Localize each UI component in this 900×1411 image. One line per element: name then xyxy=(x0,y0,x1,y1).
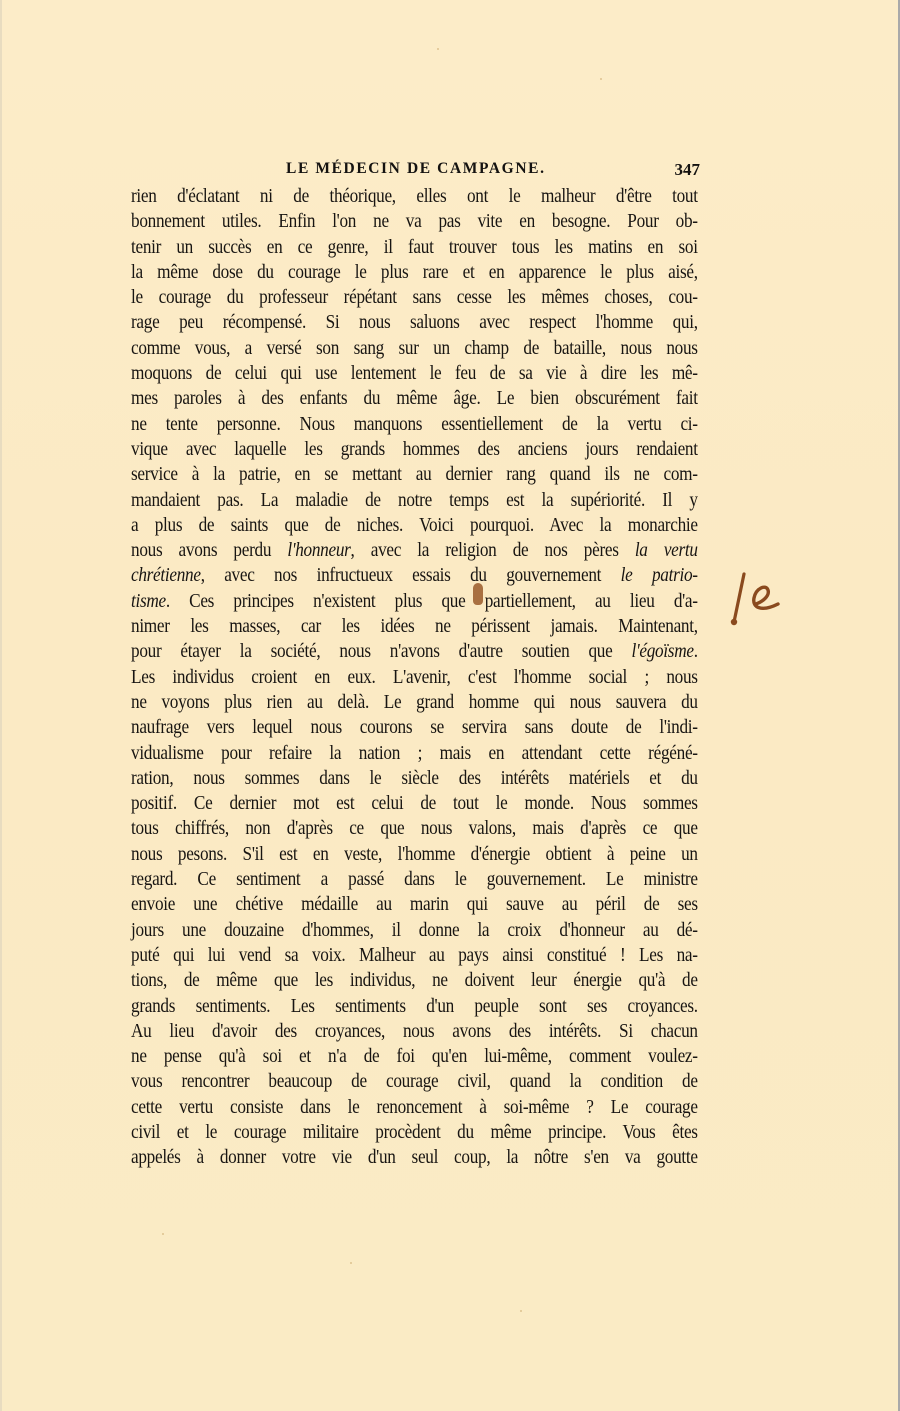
text-line: Au lieu d'avoir des croyances, nous avon… xyxy=(131,1019,698,1044)
text-line: nous pesons. S'il est en veste, l'homme … xyxy=(131,842,698,867)
running-title: LE MÉDECIN DE CAMPAGNE. xyxy=(286,160,546,179)
text-line: nimer les masses, car les idées ne péris… xyxy=(131,614,698,639)
text-line: tous chiffrés, non d'après ce que nous v… xyxy=(131,816,698,841)
paper-speck xyxy=(600,78,602,80)
paper-speck xyxy=(162,1233,164,1235)
text-line: comme vous, a versé son sang sur un cham… xyxy=(131,336,698,361)
text-line: tisme. Ces principes n'existent plus que… xyxy=(131,589,698,614)
text-line: ne tente personne. Nous manquons essenti… xyxy=(131,412,698,437)
text-line: ne voyons plus rien au delà. Le grand ho… xyxy=(131,690,698,715)
italic-term: chrétienne xyxy=(131,565,201,586)
paper-speck xyxy=(520,1310,522,1312)
text-line: appelés à donner votre vie d'un seul cou… xyxy=(131,1145,698,1170)
text-line: mandaient pas. La maladie de notre temps… xyxy=(131,488,698,513)
italic-term: le patrio- xyxy=(621,565,698,586)
text-line: vique avec laquelle les grands hommes de… xyxy=(131,437,698,462)
text-line: rien d'éclatant ni de théorique, elles o… xyxy=(131,184,698,209)
text-line: regard. Ce sentiment a passé dans le gou… xyxy=(131,867,698,892)
handwritten-margin-note xyxy=(722,560,792,630)
body-text: rien d'éclatant ni de théorique, elles o… xyxy=(131,184,698,1171)
text-line: bonnement utiles. Enfin l'on ne va pas v… xyxy=(131,209,698,234)
text-line: naufrage vers lequel nous courons se ser… xyxy=(131,715,698,740)
text-line: cette vertu consiste dans le renoncement… xyxy=(131,1095,698,1120)
italic-term: tisme xyxy=(131,591,166,612)
paper-speck xyxy=(437,48,439,50)
running-header: LE MÉDECIN DE CAMPAGNE. 347 xyxy=(286,160,700,182)
handwritten-correction-icon xyxy=(722,560,792,630)
text-line: pour étayer la société, nous n'avons d'a… xyxy=(131,639,698,664)
text-line: chrétienne, avec nos infructueux essais … xyxy=(131,563,698,588)
text-line: ration, nous sommes dans le siècle des i… xyxy=(131,766,698,791)
text-line: puté qui lui vend sa voix. Malheur au pa… xyxy=(131,943,698,968)
text-line: civil et le courage militaire procèdent … xyxy=(131,1120,698,1145)
text-line: rage peu récompensé. Si nous saluons ave… xyxy=(131,310,698,335)
ink-correction-mark xyxy=(473,583,483,605)
text-line: vidualisme pour refaire la nation ; mais… xyxy=(131,741,698,766)
italic-term: l'honneur xyxy=(287,540,350,561)
italic-term: l'égoïsme xyxy=(631,641,693,662)
italic-term: la vertu xyxy=(635,540,698,561)
text-line: ne pense qu'à soi et n'a de foi qu'en lu… xyxy=(131,1044,698,1069)
page-number: 347 xyxy=(675,160,701,180)
text-line: mes paroles à des enfants du même âge. L… xyxy=(131,386,698,411)
paper-speck xyxy=(350,1262,352,1264)
text-line: grands sentiments. Les sentiments d'un p… xyxy=(131,994,698,1019)
text-line: Les individus croient en eux. L'avenir, … xyxy=(131,665,698,690)
text-line: tenir un succès en ce genre, il faut tro… xyxy=(131,235,698,260)
text-line: envoie une chétive médaille au marin qui… xyxy=(131,892,698,917)
scanned-page: LE MÉDECIN DE CAMPAGNE. 347 rien d'éclat… xyxy=(0,0,898,1411)
text-line: moquons de celui qui use lentement le fe… xyxy=(131,361,698,386)
text-line: positif. Ce dernier mot est celui de tou… xyxy=(131,791,698,816)
text-line: le courage du professeur répétant sans c… xyxy=(131,285,698,310)
text-line: a plus de saints que de niches. Voici po… xyxy=(131,513,698,538)
text-line: jours une douzaine d'hommes, il donne la… xyxy=(131,918,698,943)
text-line: vous rencontrer beaucoup de courage civi… xyxy=(131,1069,698,1094)
text-line: tions, de même que les individus, ne doi… xyxy=(131,968,698,993)
text-line: nous avons perdu l'honneur, avec la reli… xyxy=(131,538,698,563)
text-line: service à la patrie, en se mettant au de… xyxy=(131,462,698,487)
text-line: la même dose du courage le plus rare et … xyxy=(131,260,698,285)
